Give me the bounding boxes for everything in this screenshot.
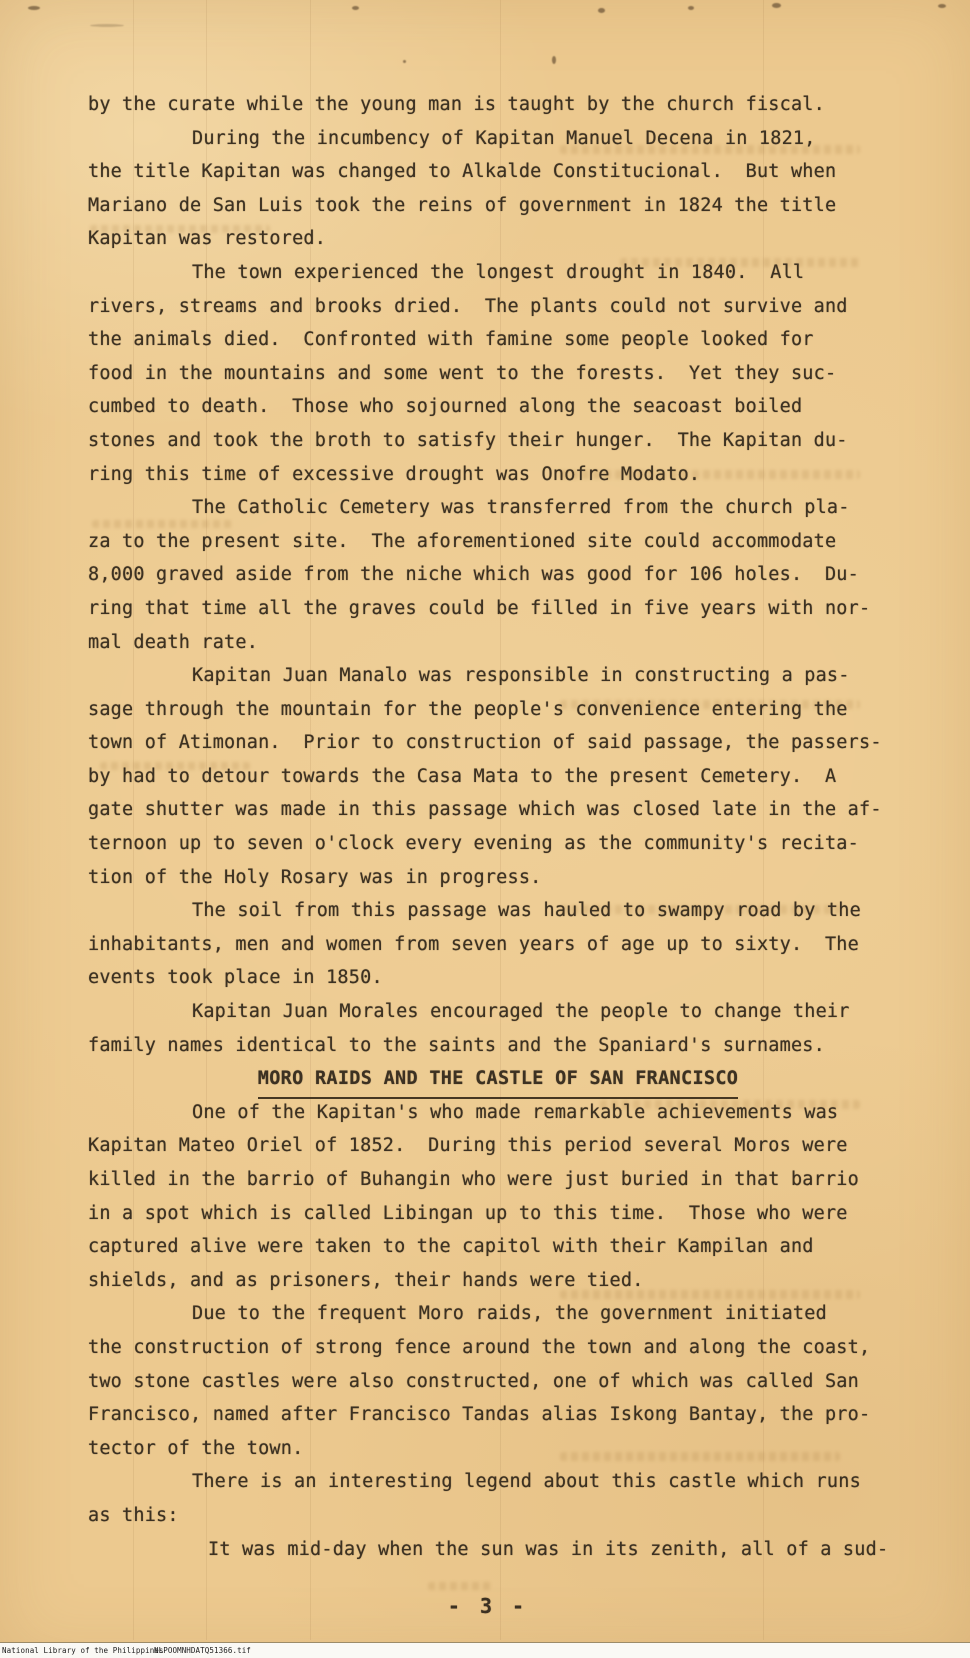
text-line: gate shutter was made in this passage wh… xyxy=(88,793,908,827)
text-line: the title Kapitan was changed to Alkalde… xyxy=(88,155,908,189)
text-line: ring that time all the graves could be f… xyxy=(88,592,908,626)
section-heading-text: MORO RAIDS AND THE CASTLE OF SAN FRANCIS… xyxy=(258,1062,738,1099)
text-line: the animals died. Confronted with famine… xyxy=(88,323,908,357)
typewritten-text: by the curate while the young man is tau… xyxy=(88,88,908,1566)
ink-smudge xyxy=(352,6,359,10)
text-line: There is an interesting legend about thi… xyxy=(88,1465,908,1499)
text-line: inhabitants, men and women from seven ye… xyxy=(88,928,908,962)
text-line: family names identical to the saints and… xyxy=(88,1029,908,1063)
text-line: by had to detour towards the Casa Mata t… xyxy=(88,760,908,794)
text-line: tector of the town. xyxy=(88,1432,908,1466)
text-line: The town experienced the longest drought… xyxy=(88,256,908,290)
text-line: rivers, streams and brooks dried. The pl… xyxy=(88,290,908,324)
archive-footer-bar: National Library of the Philippines NLPO… xyxy=(0,1642,970,1658)
text-line: za to the present site. The aforemention… xyxy=(88,525,908,559)
text-line: 8,000 graved aside from the niche which … xyxy=(88,558,908,592)
ink-smudge xyxy=(552,56,556,64)
text-line: During the incumbency of Kapitan Manuel … xyxy=(88,122,908,156)
section-heading: MORO RAIDS AND THE CASTLE OF SAN FRANCIS… xyxy=(88,1062,908,1096)
text-line: Mariano de San Luis took the reins of go… xyxy=(88,189,908,223)
text-line: stones and took the broth to satisfy the… xyxy=(88,424,908,458)
bleed-through-mark xyxy=(428,1582,492,1590)
text-line: sage through the mountain for the people… xyxy=(88,693,908,727)
text-line: in a spot which is called Libingan up to… xyxy=(88,1197,908,1231)
text-line: as this: xyxy=(88,1499,908,1533)
text-line: Kapitan Juan Morales encouraged the peop… xyxy=(88,995,908,1029)
text-line: Kapitan Juan Manalo was responsible in c… xyxy=(88,659,908,693)
ink-smudge xyxy=(90,24,124,27)
text-line: It was mid-day when the sun was in its z… xyxy=(88,1533,908,1567)
text-line: Due to the frequent Moro raids, the gove… xyxy=(88,1297,908,1331)
text-line: cumbed to death. Those who sojourned alo… xyxy=(88,390,908,424)
text-line: killed in the barrio of Buhangin who wer… xyxy=(88,1163,908,1197)
text-line: by the curate while the young man is tau… xyxy=(88,88,908,122)
text-line: The Catholic Cemetery was transferred fr… xyxy=(88,491,908,525)
text-line: Kapitan was restored. xyxy=(88,222,908,256)
text-line: Kapitan Mateo Oriel of 1852. During this… xyxy=(88,1129,908,1163)
ink-smudge xyxy=(403,60,406,63)
text-line: the construction of strong fence around … xyxy=(88,1331,908,1365)
text-line: ternoon up to seven o'clock every evenin… xyxy=(88,827,908,861)
ink-smudge xyxy=(938,4,946,8)
text-line: One of the Kapitan's who made remarkable… xyxy=(88,1096,908,1130)
ink-smudge xyxy=(598,8,605,13)
text-line: The soil from this passage was hauled to… xyxy=(88,894,908,928)
text-line: mal death rate. xyxy=(88,626,908,660)
text-line: Francisco, named after Francisco Tandas … xyxy=(88,1398,908,1432)
text-line: two stone castles were also constructed,… xyxy=(88,1365,908,1399)
ink-smudge xyxy=(772,3,781,8)
page-number: - 3 - xyxy=(408,1594,568,1618)
archive-filename-label: NLPOOMNHDATQ51366.tif xyxy=(154,1646,251,1655)
text-line: tion of the Holy Rosary was in progress. xyxy=(88,861,908,895)
text-line: captured alive were taken to the capitol… xyxy=(88,1230,908,1264)
text-line: shields, and as prisoners, their hands w… xyxy=(88,1264,908,1298)
text-line: events took place in 1850. xyxy=(88,961,908,995)
text-line: town of Atimonan. Prior to construction … xyxy=(88,726,908,760)
text-line: ring this time of excessive drought was … xyxy=(88,458,908,492)
scanned-document-page: by the curate while the young man is tau… xyxy=(0,0,970,1658)
ink-smudge xyxy=(688,6,694,10)
ink-smudge xyxy=(28,6,40,10)
text-line: food in the mountains and some went to t… xyxy=(88,357,908,391)
archive-library-label: National Library of the Philippines xyxy=(2,1646,164,1655)
